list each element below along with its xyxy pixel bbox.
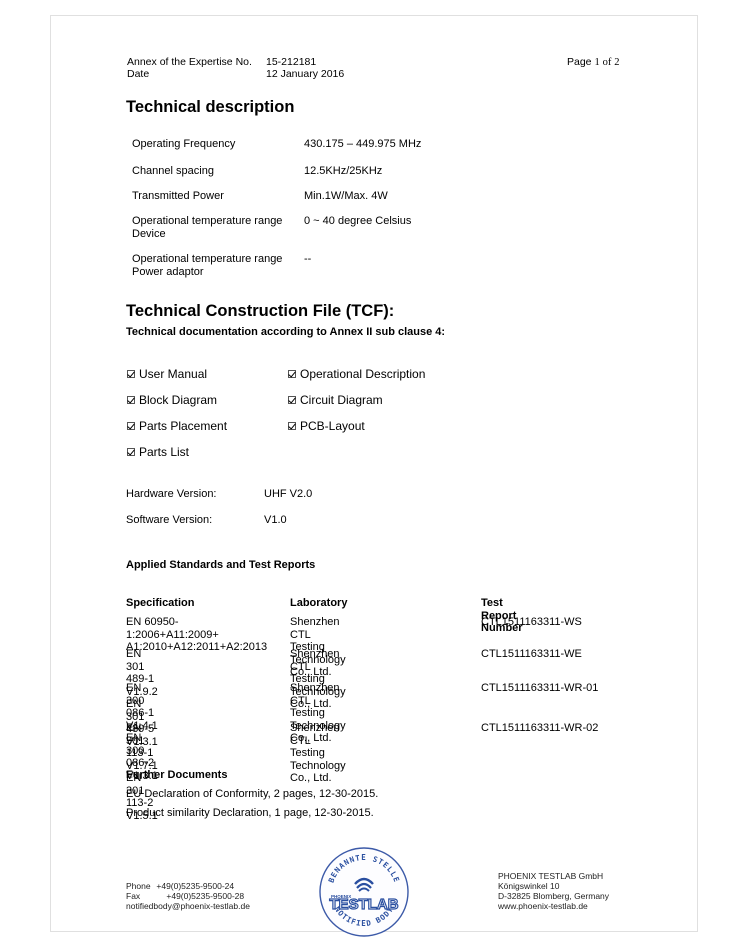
- company-website[interactable]: www.phoenix-testlab.de: [498, 901, 609, 911]
- checkbox-checked-icon[interactable]: [127, 448, 135, 456]
- checkbox-checked-icon[interactable]: [288, 370, 296, 378]
- page-of: of: [603, 57, 612, 68]
- checklist-item-parts-list[interactable]: Parts List: [127, 445, 189, 459]
- checklist-label: PCB-Layout: [300, 419, 365, 433]
- spec-value: 430.175 – 449.975 MHz: [304, 138, 421, 151]
- annex-label: Annex of the Expertise No.: [127, 56, 252, 68]
- page-prefix: Page: [567, 56, 592, 68]
- svg-text:TESTLAB: TESTLAB: [329, 896, 398, 913]
- footer-phone: Phone +49(0)5235-9500-24: [126, 881, 250, 891]
- checklist-label: Block Diagram: [139, 393, 217, 407]
- checklist-item-operational-description[interactable]: Operational Description: [288, 367, 425, 381]
- technical-description-title: Technical description: [126, 98, 294, 117]
- spec-label: Channel spacing: [132, 165, 302, 178]
- hardware-version-value: UHF V2.0: [264, 488, 312, 501]
- software-version-value: V1.0: [264, 514, 287, 527]
- date-value: 12 January 2016: [266, 68, 344, 80]
- tcf-title: Technical Construction File (TCF):: [126, 302, 394, 321]
- checklist-label: Parts List: [139, 445, 189, 459]
- notified-body-stamp: BENANNTE STELLE NOTIFIED BODY PHOENIX TE…: [318, 846, 410, 938]
- annex-number: 15-212181: [266, 56, 316, 68]
- software-version-label: Software Version:: [126, 514, 212, 527]
- footer-address: PHOENIX TESTLAB GmbH Königswinkel 10 D-3…: [498, 871, 609, 911]
- checklist-item-block-diagram[interactable]: Block Diagram: [127, 393, 217, 407]
- footer-contact: Phone +49(0)5235-9500-24 Fax +49(0)5235-…: [126, 881, 250, 911]
- column-header-laboratory: Laboratory: [290, 597, 347, 610]
- checkbox-checked-icon[interactable]: [127, 396, 135, 404]
- footer-fax: Fax +49(0)5235-9500-28: [126, 891, 250, 901]
- checklist-item-circuit-diagram[interactable]: Circuit Diagram: [288, 393, 383, 407]
- tcf-subtitle: Technical documentation according to Ann…: [126, 326, 445, 338]
- spec-value: Min.1W/Max. 4W: [304, 190, 388, 203]
- date-label: Date: [127, 68, 149, 80]
- cell-report-number: CTL1511163311-WR-02: [481, 722, 598, 735]
- hardware-version-label: Hardware Version:: [126, 488, 217, 501]
- page-current: 1: [594, 57, 599, 68]
- fax-value: +49(0)5235-9500-28: [166, 891, 244, 901]
- page-indicator: Page 1 of 2: [567, 56, 620, 69]
- checklist-label: Operational Description: [300, 367, 425, 381]
- checklist-item-user-manual[interactable]: User Manual: [127, 367, 207, 381]
- cell-laboratory: Shenzhen CTL Testing Technology Co., Ltd…: [290, 722, 346, 785]
- testlab-stamp-icon: BENANNTE STELLE NOTIFIED BODY PHOENIX TE…: [318, 846, 410, 938]
- further-document-item: EU Declaration of Conformity, 2 pages, 1…: [126, 788, 378, 800]
- cell-report-number: CTL1511163311-WS: [481, 616, 582, 629]
- spec-value: --: [304, 253, 311, 266]
- phone-label: Phone: [126, 881, 154, 891]
- checklist-label: Circuit Diagram: [300, 393, 383, 407]
- checklist-item-pcb-layout[interactable]: PCB-Layout: [288, 419, 365, 433]
- spec-label: Transmitted Power: [132, 190, 302, 203]
- checkbox-checked-icon[interactable]: [288, 422, 296, 430]
- checklist-label: User Manual: [139, 367, 207, 381]
- spec-label: Operational temperature range Power adap…: [132, 253, 302, 279]
- checklist-item-parts-placement[interactable]: Parts Placement: [127, 419, 227, 433]
- checklist-label: Parts Placement: [139, 419, 227, 433]
- checkbox-checked-icon[interactable]: [288, 396, 296, 404]
- spec-value: 0 ~ 40 degree Celsius: [304, 215, 411, 228]
- company-city: D-32825 Blomberg, Germany: [498, 891, 609, 901]
- company-name: PHOENIX TESTLAB GmbH: [498, 871, 609, 881]
- standards-title: Applied Standards and Test Reports: [126, 559, 315, 571]
- cell-report-number: CTL1511163311-WE: [481, 648, 582, 661]
- cell-report-number: CTL1511163311-WR-01: [481, 682, 598, 695]
- company-street: Königswinkel 10: [498, 881, 609, 891]
- footer-email[interactable]: notifiedbody@phoenix-testlab.de: [126, 901, 250, 911]
- spec-label: Operating Frequency: [132, 138, 302, 151]
- checkbox-checked-icon[interactable]: [127, 422, 135, 430]
- phone-value: +49(0)5235-9500-24: [156, 881, 234, 891]
- further-document-item: Product similarity Declaration, 1 page, …: [126, 807, 374, 819]
- spec-label: Operational temperature range Device: [132, 215, 302, 241]
- page-total: 2: [614, 57, 619, 68]
- fax-label: Fax: [126, 891, 164, 901]
- checkbox-checked-icon[interactable]: [127, 370, 135, 378]
- spec-value: 12.5KHz/25KHz: [304, 165, 382, 178]
- column-header-specification: Specification: [126, 597, 194, 610]
- further-documents-title: Further Documents: [126, 769, 227, 781]
